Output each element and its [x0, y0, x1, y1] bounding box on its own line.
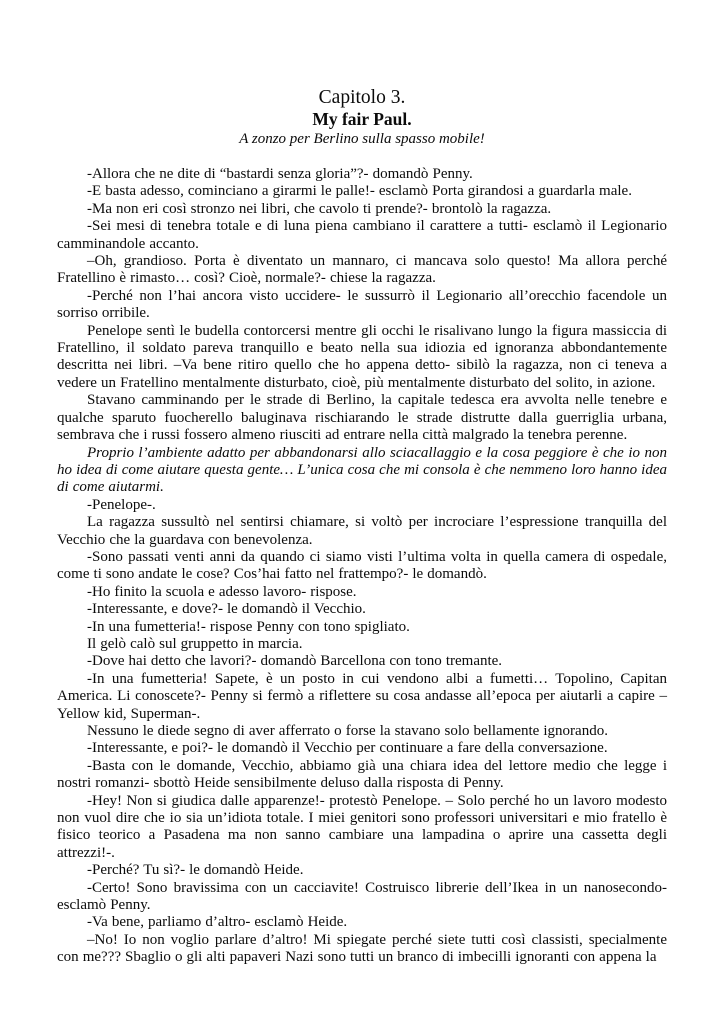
- paragraph: -Dove hai detto che lavori?- domandò Bar…: [57, 653, 667, 670]
- paragraph: -Interessante, e poi?- le domandò il Vec…: [57, 740, 667, 757]
- paragraph: -E basta adesso, cominciano a girarmi le…: [57, 183, 667, 200]
- paragraph: -Perché? Tu sì?- le domandò Heide.: [57, 862, 667, 879]
- paragraph: –Oh, grandioso. Porta è diventato un man…: [57, 253, 667, 288]
- paragraph: -Va bene, parliamo d’altro- esclamò Heid…: [57, 914, 667, 931]
- paragraph: -Hey! Non si giudica dalle apparenze!- p…: [57, 793, 667, 863]
- paragraph: -Certo! Sono bravissima con un cacciavit…: [57, 880, 667, 915]
- paragraph: Il gelò calò sul gruppetto in marcia.: [57, 636, 667, 653]
- paragraph: -Sono passati venti anni da quando ci si…: [57, 549, 667, 584]
- paragraph: -Sei mesi di tenebra totale e di luna pi…: [57, 218, 667, 253]
- chapter-heading: Capitolo 3.: [57, 86, 667, 109]
- paragraph: Penelope sentì le budella contorcersi me…: [57, 323, 667, 393]
- paragraph: -Allora che ne dite di “bastardi senza g…: [57, 166, 667, 183]
- paragraph: Nessuno le diede segno di aver afferrato…: [57, 723, 667, 740]
- chapter-title: My fair Paul.: [57, 109, 667, 130]
- chapter-subtitle: A zonzo per Berlino sulla spasso mobile!: [57, 130, 667, 149]
- paragraph: Proprio l’ambiente adatto per abbandonar…: [57, 445, 667, 497]
- paragraph: Stavano camminando per le strade di Berl…: [57, 392, 667, 444]
- paragraph: -Perché non l’hai ancora visto uccidere-…: [57, 288, 667, 323]
- paragraph: La ragazza sussultò nel sentirsi chiamar…: [57, 514, 667, 549]
- text-block: Capitolo 3. My fair Paul. A zonzo per Be…: [57, 86, 667, 967]
- paragraph: -In una fumetteria!- rispose Penny con t…: [57, 619, 667, 636]
- paragraph: -Ma non eri così stronzo nei libri, che …: [57, 201, 667, 218]
- paragraph: -In una fumetteria! Sapete, è un posto i…: [57, 671, 667, 723]
- body-text: -Allora che ne dite di “bastardi senza g…: [57, 166, 667, 967]
- paragraph: -Interessante, e dove?- le domandò il Ve…: [57, 601, 667, 618]
- paragraph: -Basta con le domande, Vecchio, abbiamo …: [57, 758, 667, 793]
- document-page: Capitolo 3. My fair Paul. A zonzo per Be…: [0, 0, 724, 1024]
- paragraph: -Ho finito la scuola e adesso lavoro- ri…: [57, 584, 667, 601]
- paragraph: -Penelope-.: [57, 497, 667, 514]
- paragraph: –No! Io non voglio parlare d’altro! Mi s…: [57, 932, 667, 967]
